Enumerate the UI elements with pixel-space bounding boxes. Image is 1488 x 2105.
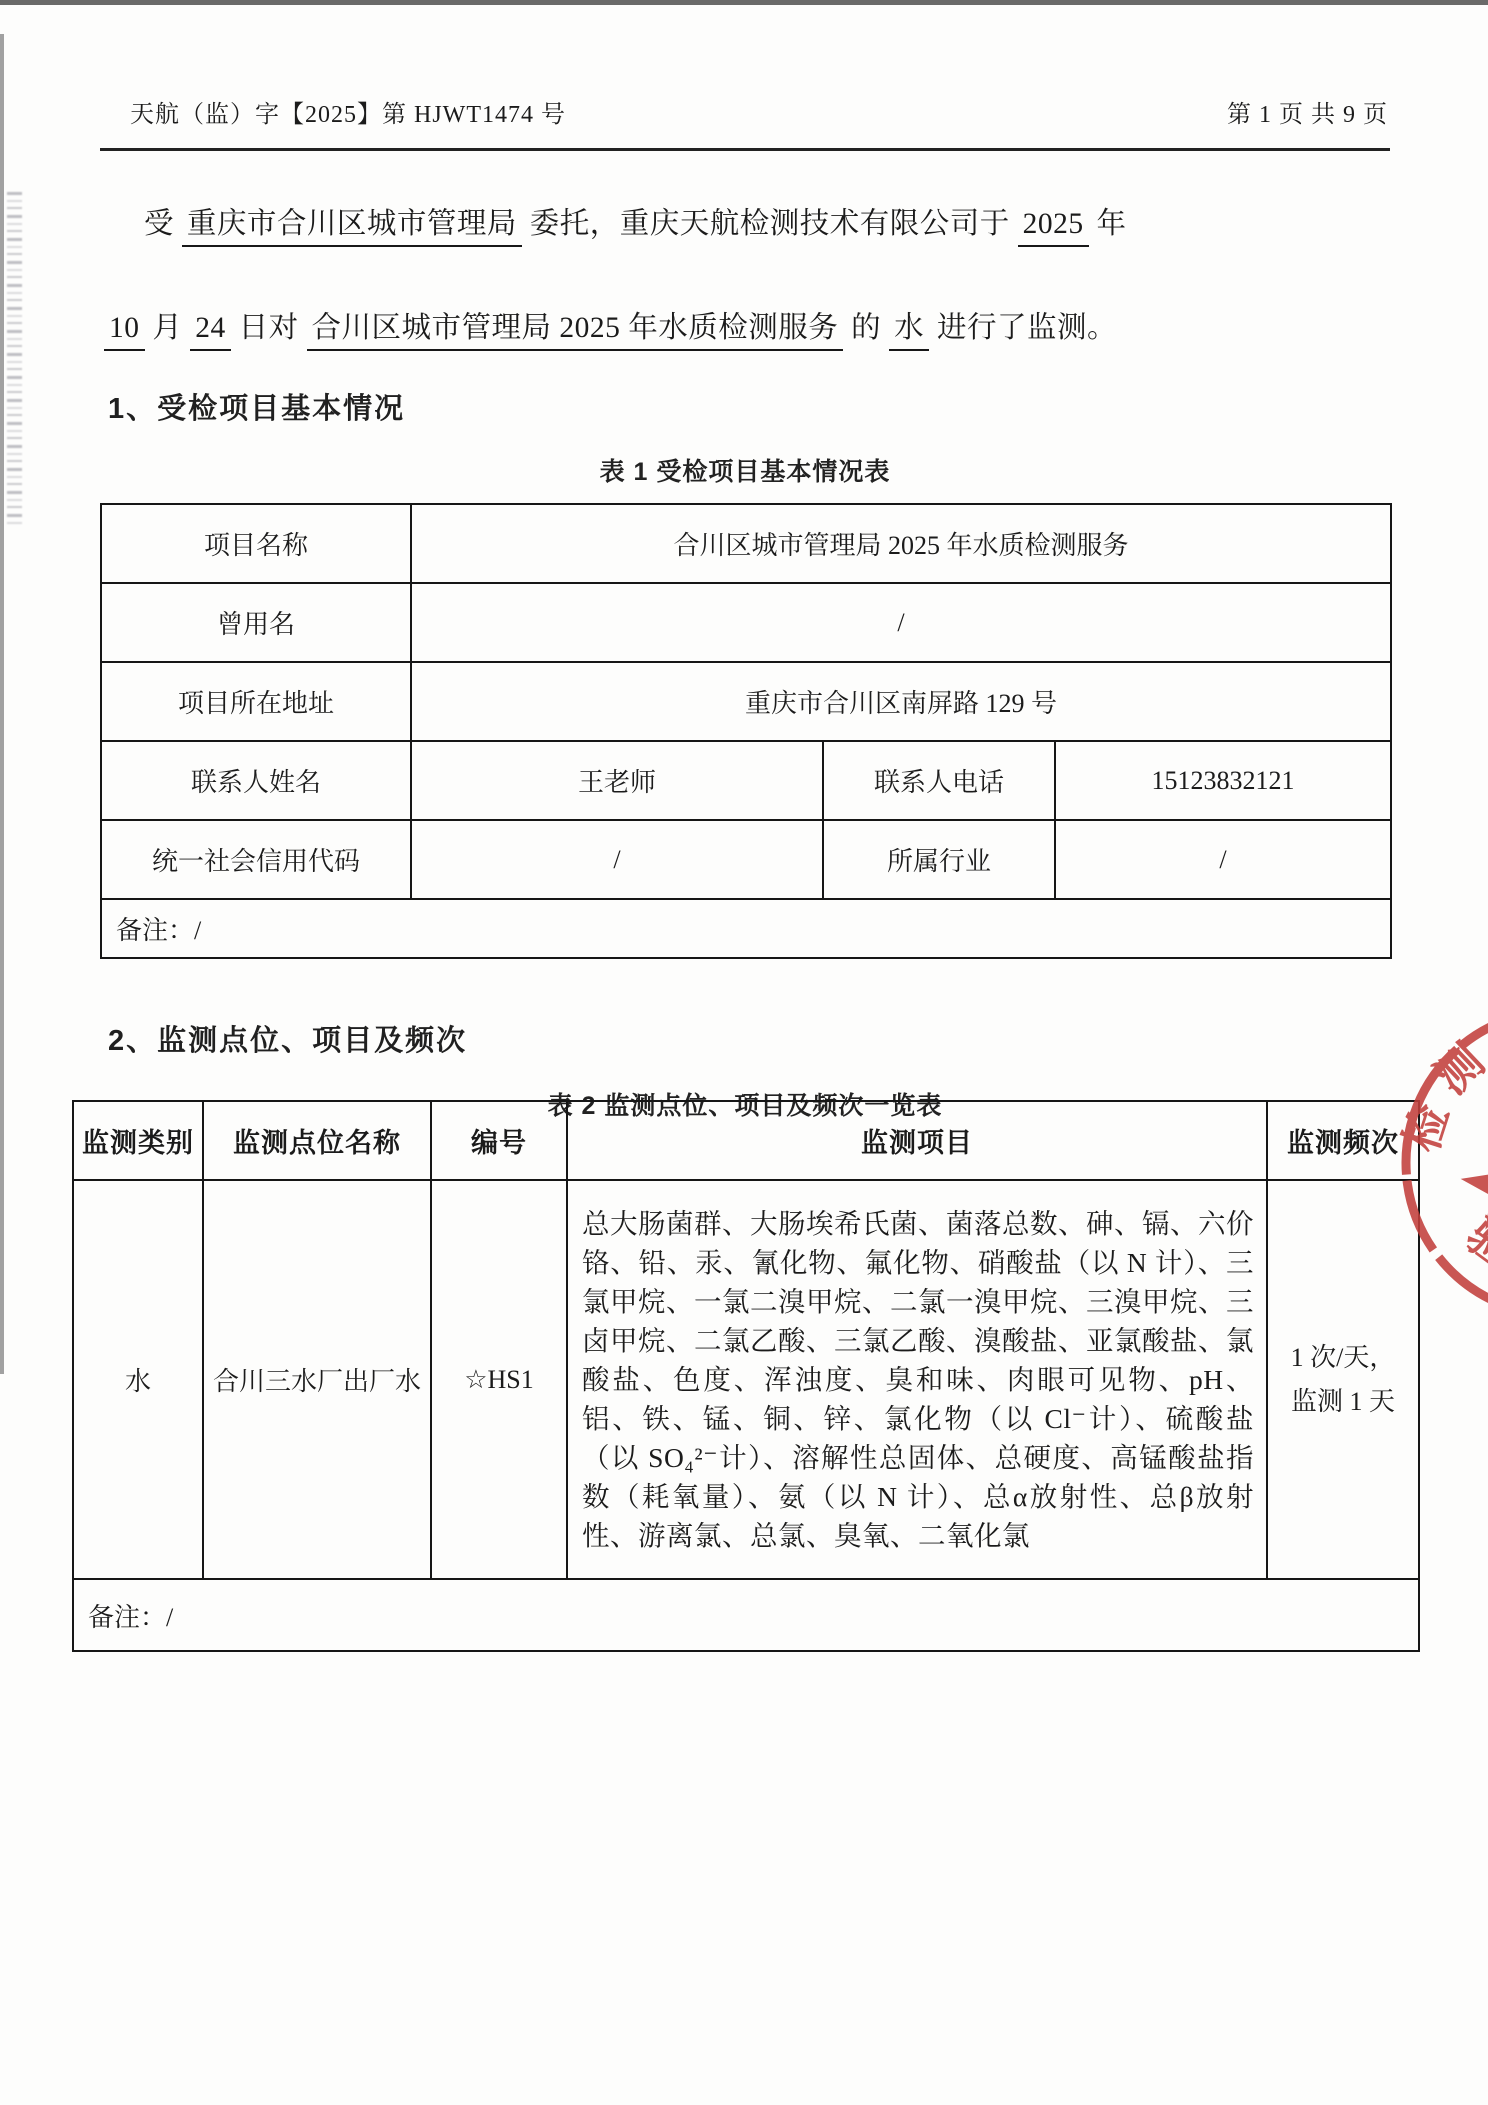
stamp-text-top: 检测	[1380, 1021, 1488, 1165]
intro-text: 进行了监测。	[929, 312, 1117, 344]
value-contact-name: 王老师	[411, 741, 823, 820]
header-items: 监测项目	[567, 1101, 1267, 1180]
header-divider	[100, 148, 1390, 151]
intro-line-1: 受 重庆市合川区城市管理局 委托，重庆天航检测技术有限公司于 2025 年	[104, 172, 1404, 276]
intro-text: 委托，重庆天航检测技术有限公司于	[522, 208, 1018, 240]
table-1-note: 备注：/	[101, 899, 1391, 958]
value-former-name: /	[411, 583, 1391, 662]
label-industry: 所属行业	[823, 820, 1055, 899]
table-row: 曾用名 /	[101, 583, 1391, 662]
intro-text: 月	[145, 312, 191, 344]
table-header-row: 监测类别 监测点位名称 编号 监测项目 监测频次	[73, 1101, 1419, 1180]
scan-edge-top	[0, 0, 1488, 5]
table-2-note: 备注：/	[73, 1579, 1419, 1651]
table-1-title: 表 1 受检项目基本情况表	[100, 452, 1390, 488]
intro-text: 年	[1089, 208, 1127, 240]
section-1-heading: 1、受检项目基本情况	[108, 386, 405, 427]
page-number: 第 1 页 共 9 页	[1227, 94, 1388, 129]
intro-text: 受	[144, 208, 182, 240]
sample-type-underlined: 水	[889, 312, 929, 351]
scan-edge-left	[0, 34, 4, 1374]
section-2-heading: 2、监测点位、项目及频次	[108, 1018, 467, 1059]
table-row: 统一社会信用代码 / 所属行业 /	[101, 820, 1391, 899]
table-row: 项目名称 合川区城市管理局 2025 年水质检测服务	[101, 504, 1391, 583]
label-former-name: 曾用名	[101, 583, 411, 662]
document-number: 天航（监）字【2025】第 HJWT1474 号	[130, 94, 566, 129]
header-code: 编号	[431, 1101, 567, 1180]
header-point-name: 监测点位名称	[203, 1101, 431, 1180]
value-credit-code: /	[411, 820, 823, 899]
value-contact-phone: 15123832121	[1055, 741, 1391, 820]
stamp-graphic: 检测 验检	[1379, 996, 1488, 1334]
label-credit-code: 统一社会信用代码	[101, 820, 411, 899]
table-row: 备注：/	[73, 1579, 1419, 1651]
label-project-name: 项目名称	[101, 504, 411, 583]
day-underlined: 24	[190, 312, 231, 351]
label-contact-name: 联系人姓名	[101, 741, 411, 820]
svg-text:检测: 检测	[1380, 1021, 1488, 1165]
monitoring-plan-table: 监测类别 监测点位名称 编号 监测项目 监测频次 水 合川三水厂出厂水 ☆HS1…	[72, 1100, 1420, 1652]
value-category: 水	[73, 1180, 203, 1579]
intro-text: 日对	[231, 312, 307, 344]
value-monitoring-items: 总大肠菌群、大肠埃希氏菌、菌落总数、砷、镉、六价铬、铅、汞、氰化物、氟化物、硝酸…	[567, 1180, 1267, 1579]
scanned-report-page: 天航（监）字【2025】第 HJWT1474 号 第 1 页 共 9 页 受 重…	[0, 0, 1488, 2105]
margin-bleed-artifact	[7, 192, 22, 527]
intro-line-2: 10 月 24 日对 合川区城市管理局 2025 年水质检测服务 的 水 进行了…	[104, 276, 1404, 380]
label-address: 项目所在地址	[101, 662, 411, 741]
table-row: 水 合川三水厂出厂水 ☆HS1 总大肠菌群、大肠埃希氏菌、菌落总数、砷、镉、六价…	[73, 1180, 1419, 1579]
header-category: 监测类别	[73, 1101, 203, 1180]
value-address: 重庆市合川区南屏路 129 号	[411, 662, 1391, 741]
client-name-underlined: 重庆市合川区城市管理局	[182, 208, 522, 247]
intro-paragraph: 受 重庆市合川区城市管理局 委托，重庆天航检测技术有限公司于 2025 年 10…	[104, 172, 1404, 380]
value-code: ☆HS1	[431, 1180, 567, 1579]
table-row: 项目所在地址 重庆市合川区南屏路 129 号	[101, 662, 1391, 741]
value-project-name: 合川区城市管理局 2025 年水质检测服务	[411, 504, 1391, 583]
label-contact-phone: 联系人电话	[823, 741, 1055, 820]
project-name-underlined: 合川区城市管理局 2025 年水质检测服务	[307, 312, 844, 351]
project-info-table: 项目名称 合川区城市管理局 2025 年水质检测服务 曾用名 / 项目所在地址 …	[100, 503, 1392, 959]
year-underlined: 2025	[1018, 208, 1089, 247]
table-row: 联系人姓名 王老师 联系人电话 15123832121	[101, 741, 1391, 820]
page-header: 天航（监）字【2025】第 HJWT1474 号 第 1 页 共 9 页	[130, 94, 1388, 129]
value-industry: /	[1055, 820, 1391, 899]
table-row: 备注：/	[101, 899, 1391, 958]
red-seal-stamp: 检测 验检	[1372, 996, 1488, 1334]
value-point-name: 合川三水厂出厂水	[203, 1180, 431, 1579]
intro-text: 的	[843, 312, 889, 344]
month-underlined: 10	[104, 312, 145, 351]
